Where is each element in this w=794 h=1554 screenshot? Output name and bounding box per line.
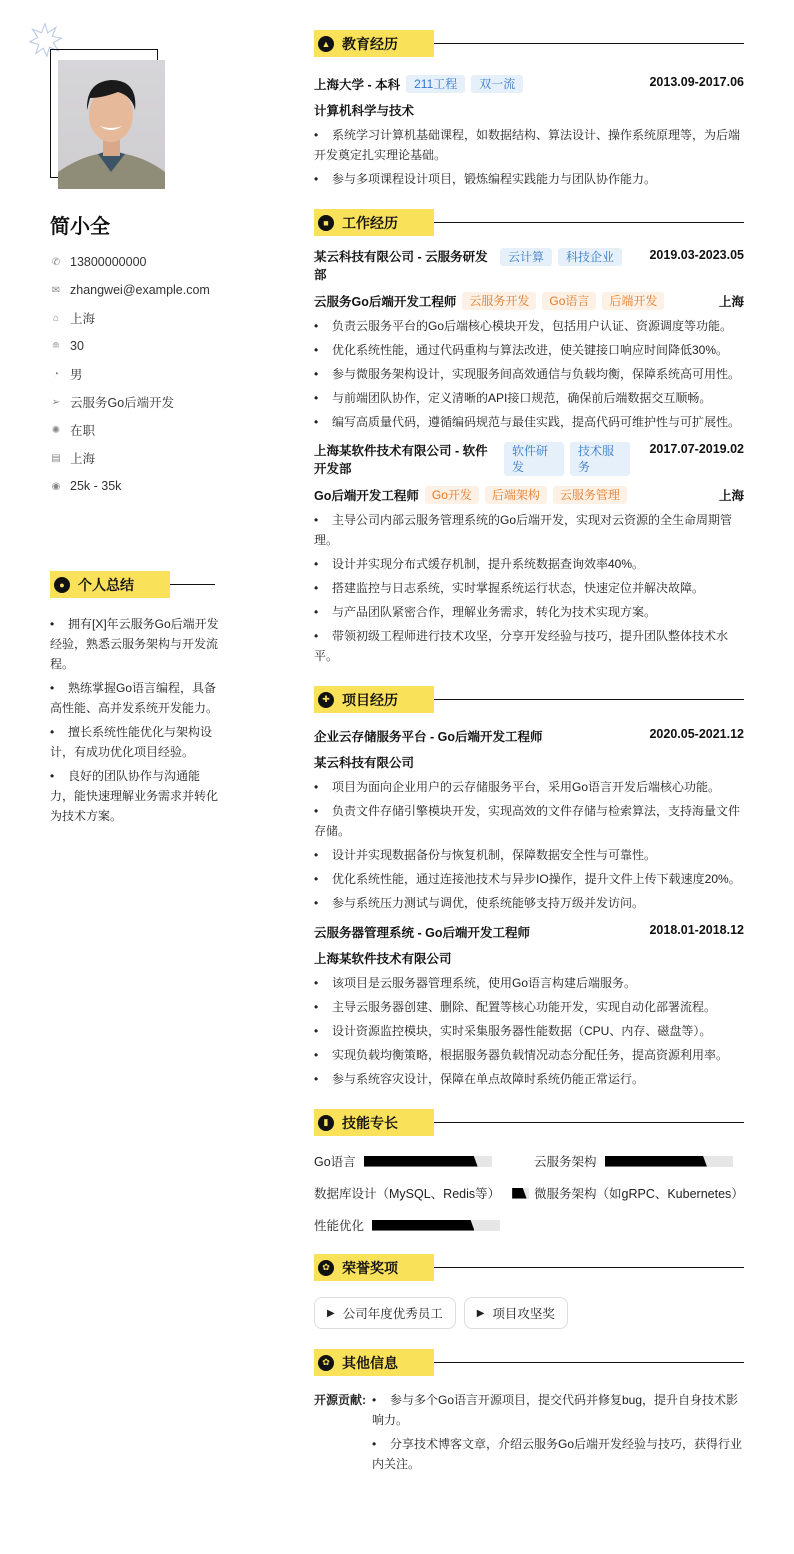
list-item: 优化系统性能，通过连接池技术与异步IO操作，提升文件上传下载速度20%。 (314, 869, 744, 889)
job-intent-icon: ➢ (50, 396, 62, 408)
list-item-text: 该项目是云服务器管理系统，使用Go语言构建后端服务。 (332, 976, 636, 990)
list-item: 参与系统容灾设计，保障在单点故障时系统仍能正常运行。 (314, 1069, 744, 1089)
skill-bar (372, 1220, 500, 1231)
list-item-text: 优化系统性能，通过代码重构与算法改进，使关键接口响应时间降低30%。 (332, 343, 728, 357)
list-item: 参与微服务架构设计，实现服务间高效通信与负载均衡，保障系统高可用性。 (314, 364, 744, 384)
info-value: 云服务Go后端开发 (70, 393, 174, 411)
list-item-text: 负责云服务平台的Go后端核心模块开发，包括用户认证、资源调度等功能。 (332, 319, 732, 333)
skill-name: 微服务架构（如gRPC、Kubernetes） (534, 1184, 744, 1202)
tag: 云计算 (500, 248, 552, 266)
tag: 后端开发 (602, 292, 664, 310)
company-name: 上海某软件技术有限公司 - 软件开发部 (314, 442, 498, 478)
project-name: 云服务器管理系统 - Go后端开发工程师 (314, 923, 530, 941)
age-icon: ≘ (50, 340, 62, 352)
avatar (58, 60, 165, 189)
tag: 云服务开发 (462, 292, 536, 310)
list-item: 该项目是云服务器管理系统，使用Go语言构建后端服务。 (314, 973, 744, 993)
list-item-text: 优化系统性能，通过连接池技术与异步IO操作，提升文件上传下载速度20%。 (332, 872, 741, 886)
date-range: 2019.03-2023.05 (649, 248, 744, 262)
date-range: 2018.01-2018.12 (649, 923, 744, 937)
list-item-text: 与前端团队协作，定义清晰的API接口规范，确保前后端数据交互顺畅。 (332, 391, 711, 405)
award-item: ▶项目攻坚奖 (464, 1297, 568, 1329)
list-item: 系统学习计算机基础课程，如数据结构、算法设计、操作系统原理等，为后端开发奠定扎实… (314, 125, 744, 165)
gender-icon: ◔ (50, 368, 62, 380)
skill-bar (364, 1156, 492, 1167)
salary-icon: ◉ (50, 480, 62, 492)
play-triangle-icon: ▶ (327, 1308, 335, 1319)
list-item-text: 搭建监控与日志系统，实时掌握系统运行状态，快速定位并解决故障。 (332, 581, 704, 595)
other-label: 开源贡献: (314, 1390, 366, 1474)
section-title: 教育经历 (342, 34, 398, 54)
tag: 211工程 (406, 75, 465, 93)
skills-grid: Go语言 云服务架构 数据库设计（MySQL、Redis等） 微服务架构（如gR… (314, 1152, 744, 1234)
list-item-text: 擅长系统性能优化与架构设计，有成功优化项目经验。 (50, 725, 212, 759)
other-info: 开源贡献: 参与多个Go语言开源项目，提交代码并修复bug，提升自身技术影响力。… (314, 1390, 744, 1474)
other-section: ✿其他信息 开源贡献: 参与多个Go语言开源项目，提交代码并修复bug，提升自身… (314, 1349, 744, 1474)
section-title: 工作经历 (342, 213, 398, 233)
section-title: 荣誉奖项 (342, 1258, 398, 1278)
project-name: 企业云存储服务平台 - Go后端开发工程师 (314, 727, 542, 745)
info-email: ✉zhangwei@example.com (50, 276, 230, 304)
list-item-text: 负责文件存储引擎模块开发，实现高效的文件存储与检索算法，支持海量文件存储。 (314, 804, 740, 838)
divider (434, 1362, 744, 1363)
summary-list: 拥有[X]年云服务Go后端开发经验，熟悉云服务架构与开发流程。 熟练掌握Go语言… (50, 614, 220, 830)
list-item-text: 熟练掌握Go语言编程，具备高性能、高并发系统开发能力。 (50, 681, 218, 715)
list-item: 设计并实现分布式缓存机制，提升系统数据查询效率40%。 (314, 554, 744, 574)
home-icon: ⌂ (50, 312, 62, 324)
info-phone: ✆13800000000 (50, 248, 230, 276)
list-item: 与产品团队紧密合作，理解业务需求，转化为技术实现方案。 (314, 602, 744, 622)
list-item-text: 设计并实现数据备份与恢复机制，保障数据安全性与可靠性。 (332, 848, 656, 862)
skill-name: 数据库设计（MySQL、Redis等） (314, 1184, 500, 1202)
info-job-intent: ➢云服务Go后端开发 (50, 388, 230, 416)
list-item: 设计资源监控模块，实时采集服务器性能数据（CPU、内存、磁盘等）。 (314, 1021, 744, 1041)
tag: 技术服务 (570, 442, 630, 476)
tag: Go语言 (542, 292, 596, 310)
info-salary: ◉25k - 35k (50, 472, 230, 500)
list-item: 参与系统压力测试与调优，使系统能够支持万级并发访问。 (314, 893, 744, 913)
list-item-text: 实现负载均衡策略，根据服务器负载情况动态分配任务，提高资源利用率。 (332, 1048, 728, 1062)
list-item-text: 编写高质量代码，遵循编码规范与最佳实践，提高代码可维护性与可扩展性。 (332, 415, 740, 429)
project-grid-icon: ✚ (318, 692, 334, 708)
info-hometown: ⌂上海 (50, 304, 230, 332)
skill-item: 云服务架构 (534, 1152, 744, 1170)
projects-section: ✚项目经历 企业云存储服务平台 - Go后端开发工程师2020.05-2021.… (314, 686, 744, 1089)
skill-name: 性能优化 (314, 1216, 364, 1234)
info-value: 13800000000 (70, 255, 146, 269)
city-icon: ▤ (50, 452, 62, 464)
list-item-text: 拥有[X]年云服务Go后端开发经验，熟悉云服务架构与开发流程。 (50, 617, 219, 671)
contact-info-list: ✆13800000000 ✉zhangwei@example.com ⌂上海 ≘… (50, 248, 230, 500)
list-item: 实现负载均衡策略，根据服务器负载情况动态分配任务，提高资源利用率。 (314, 1045, 744, 1065)
project-entry: 企业云存储服务平台 - Go后端开发工程师2020.05-2021.12 某云科… (314, 727, 744, 913)
info-value: 30 (70, 339, 84, 353)
section-header-awards: ✿荣誉奖项 (314, 1254, 744, 1281)
list-item: 主导云服务器创建、删除、配置等核心功能开发，实现自动化部署流程。 (314, 997, 744, 1017)
skill-name: 云服务架构 (534, 1152, 597, 1170)
bar-chart-icon: ▮ (318, 1115, 334, 1131)
list-item-text: 参与多项课程设计项目，锻炼编程实践能力与团队协作能力。 (332, 172, 656, 186)
company-name: 某云科技有限公司 - 云服务研发部 (314, 248, 494, 284)
list-item: 负责文件存储引擎模块开发，实现高效的文件存储与检索算法，支持海量文件存储。 (314, 801, 744, 841)
tag: 软件研发 (504, 442, 564, 476)
info-flower-icon: ✿ (318, 1355, 334, 1371)
date-range: 2020.05-2021.12 (649, 727, 744, 741)
divider (434, 222, 744, 223)
info-value: 上海 (70, 309, 95, 327)
divider (434, 1267, 744, 1268)
list-item: 主导公司内部云服务管理系统的Go后端开发，实现对云资源的全生命周期管理。 (314, 510, 744, 550)
list-item: 与前端团队协作，定义清晰的API接口规范，确保前后端数据交互顺畅。 (314, 388, 744, 408)
list-item-text: 系统学习计算机基础课程，如数据结构、算法设计、操作系统原理等，为后端开发奠定扎实… (314, 128, 740, 162)
list-item: 参与多个Go语言开源项目，提交代码并修复bug，提升自身技术影响力。 (372, 1390, 744, 1430)
user-icon: ● (54, 577, 70, 593)
job-title: Go后端开发工程师 (314, 486, 419, 504)
job-city: 上海 (719, 292, 744, 310)
skill-bar (512, 1188, 529, 1199)
skill-item: Go语言 (314, 1152, 534, 1170)
job-city: 上海 (719, 486, 744, 504)
list-item-text: 带领初级工程师进行技术攻坚，分享开发经验与技巧，提升团队整体技术水平。 (314, 629, 728, 663)
list-item: 带领初级工程师进行技术攻坚，分享开发经验与技巧，提升团队整体技术水平。 (314, 626, 744, 666)
award-name: 项目攻坚奖 (492, 1304, 555, 1322)
list-item-text: 项目为面向企业用户的云存储服务平台，采用Go语言开发后端核心功能。 (332, 780, 720, 794)
section-header-other: ✿其他信息 (314, 1349, 744, 1376)
list-item: 负责云服务平台的Go后端核心模块开发，包括用户认证、资源调度等功能。 (314, 316, 744, 336)
award-name: 公司年度优秀员工 (343, 1304, 443, 1322)
info-status: ✺在职 (50, 416, 230, 444)
award-item: ▶公司年度优秀员工 (314, 1297, 456, 1329)
work-section: ■工作经历 某云科技有限公司 - 云服务研发部云计算科技企业 2019.03-2… (314, 209, 744, 666)
list-item-text: 分享技术博客文章，介绍云服务Go后端开发经验与技巧，获得行业内关注。 (372, 1437, 742, 1471)
list-item: 良好的团队协作与沟通能力，能快速理解业务需求并转化为技术方案。 (50, 766, 220, 826)
award-icon: ✿ (318, 1260, 334, 1276)
info-gender: ◔男 (50, 360, 230, 388)
section-title: 项目经历 (342, 690, 398, 710)
major: 计算机科学与技术 (314, 101, 744, 119)
skill-item: 数据库设计（MySQL、Redis等） (314, 1184, 534, 1202)
section-header-skills: ▮技能专长 (314, 1109, 744, 1136)
school-name: 上海大学 - 本科 (314, 75, 400, 93)
list-item-text: 参与系统压力测试与调优，使系统能够支持万级并发访问。 (332, 896, 644, 910)
list-item: 擅长系统性能优化与架构设计，有成功优化项目经验。 (50, 722, 220, 762)
candidate-name: 简小全 (50, 210, 110, 239)
list-item: 设计并实现数据备份与恢复机制，保障数据安全性与可靠性。 (314, 845, 744, 865)
list-item: 分享技术博客文章，介绍云服务Go后端开发经验与技巧，获得行业内关注。 (372, 1434, 744, 1474)
info-city: ▤上海 (50, 444, 230, 472)
info-value: zhangwei@example.com (70, 283, 210, 297)
section-header-summary: ●个人总结 (50, 571, 215, 598)
awards-section: ✿荣誉奖项 ▶公司年度优秀员工 ▶项目攻坚奖 (314, 1254, 744, 1329)
list-item: 参与多项课程设计项目，锻炼编程实践能力与团队协作能力。 (314, 169, 744, 189)
play-triangle-icon: ▶ (477, 1308, 485, 1319)
project-company: 某云科技有限公司 (314, 753, 744, 771)
section-header-work: ■工作经历 (314, 209, 744, 236)
divider (434, 699, 744, 700)
list-item: 熟练掌握Go语言编程，具备高性能、高并发系统开发能力。 (50, 678, 220, 718)
list-item-text: 参与多个Go语言开源项目，提交代码并修复bug，提升自身技术影响力。 (372, 1393, 738, 1427)
tag: 后端架构 (485, 486, 547, 504)
info-age: ≘30 (50, 332, 230, 360)
briefcase-icon: ■ (318, 215, 334, 231)
date-range: 2013.09-2017.06 (649, 75, 744, 89)
skill-item: 微服务架构（如gRPC、Kubernetes） (534, 1184, 744, 1202)
section-header-education: ▲教育经历 (314, 30, 744, 57)
graduation-cap-icon: ▲ (318, 36, 334, 52)
tag: 云服务管理 (553, 486, 627, 504)
list-item: 项目为面向企业用户的云存储服务平台，采用Go语言开发后端核心功能。 (314, 777, 744, 797)
info-value: 男 (70, 365, 83, 383)
skill-bar (605, 1156, 733, 1167)
email-icon: ✉ (50, 284, 62, 296)
info-value: 25k - 35k (70, 479, 121, 493)
list-item-text: 主导云服务器创建、删除、配置等核心功能开发，实现自动化部署流程。 (332, 1000, 716, 1014)
list-item-text: 设计并实现分布式缓存机制，提升系统数据查询效率40%。 (332, 557, 644, 571)
list-item-text: 参与系统容灾设计，保障在单点故障时系统仍能正常运行。 (332, 1072, 644, 1086)
divider (434, 43, 744, 44)
list-item-text: 良好的团队协作与沟通能力，能快速理解业务需求并转化为技术方案。 (50, 769, 218, 823)
skill-item: 性能优化 (314, 1216, 534, 1234)
divider (170, 584, 215, 585)
section-title: 个人总结 (78, 575, 134, 595)
divider (434, 1122, 744, 1123)
job-entry: 某云科技有限公司 - 云服务研发部云计算科技企业 2019.03-2023.05… (314, 248, 744, 432)
section-title: 其他信息 (342, 1353, 398, 1373)
project-company: 上海某软件技术有限公司 (314, 949, 744, 967)
info-value: 上海 (70, 449, 95, 467)
skills-section: ▮技能专长 Go语言 云服务架构 数据库设计（MySQL、Redis等） 微服务… (314, 1109, 744, 1234)
tag: 双一流 (471, 75, 523, 93)
list-item-text: 主导公司内部云服务管理系统的Go后端开发，实现对云资源的全生命周期管理。 (314, 513, 732, 547)
project-entry: 云服务器管理系统 - Go后端开发工程师2018.01-2018.12 上海某软… (314, 923, 744, 1089)
phone-icon: ✆ (50, 256, 62, 268)
list-item-text: 设计资源监控模块，实时采集服务器性能数据（CPU、内存、磁盘等）。 (332, 1024, 711, 1038)
list-item: 搭建监控与日志系统，实时掌握系统运行状态，快速定位并解决故障。 (314, 578, 744, 598)
date-range: 2017.07-2019.02 (649, 442, 744, 456)
list-item-text: 参与微服务架构设计，实现服务间高效通信与负载均衡，保障系统高可用性。 (332, 367, 740, 381)
list-item-text: 与产品团队紧密合作，理解业务需求，转化为技术实现方案。 (332, 605, 656, 619)
skill-name: Go语言 (314, 1152, 356, 1170)
job-entry: 上海某软件技术有限公司 - 软件开发部软件研发技术服务 2017.07-2019… (314, 442, 744, 666)
list-item: 拥有[X]年云服务Go后端开发经验，熟悉云服务架构与开发流程。 (50, 614, 220, 674)
tag: Go开发 (425, 486, 479, 504)
tag: 科技企业 (558, 248, 622, 266)
list-item: 编写高质量代码，遵循编码规范与最佳实践，提高代码可维护性与可扩展性。 (314, 412, 744, 432)
section-title: 技能专长 (342, 1113, 398, 1133)
info-value: 在职 (70, 421, 95, 439)
list-item: 优化系统性能，通过代码重构与算法改进，使关键接口响应时间降低30%。 (314, 340, 744, 360)
job-title: 云服务Go后端开发工程师 (314, 292, 456, 310)
education-section: ▲教育经历 上海大学 - 本科211工程双一流 2013.09-2017.06 … (314, 30, 744, 189)
section-header-projects: ✚项目经历 (314, 686, 744, 713)
status-icon: ✺ (50, 424, 62, 436)
awards-list: ▶公司年度优秀员工 ▶项目攻坚奖 (314, 1297, 744, 1329)
